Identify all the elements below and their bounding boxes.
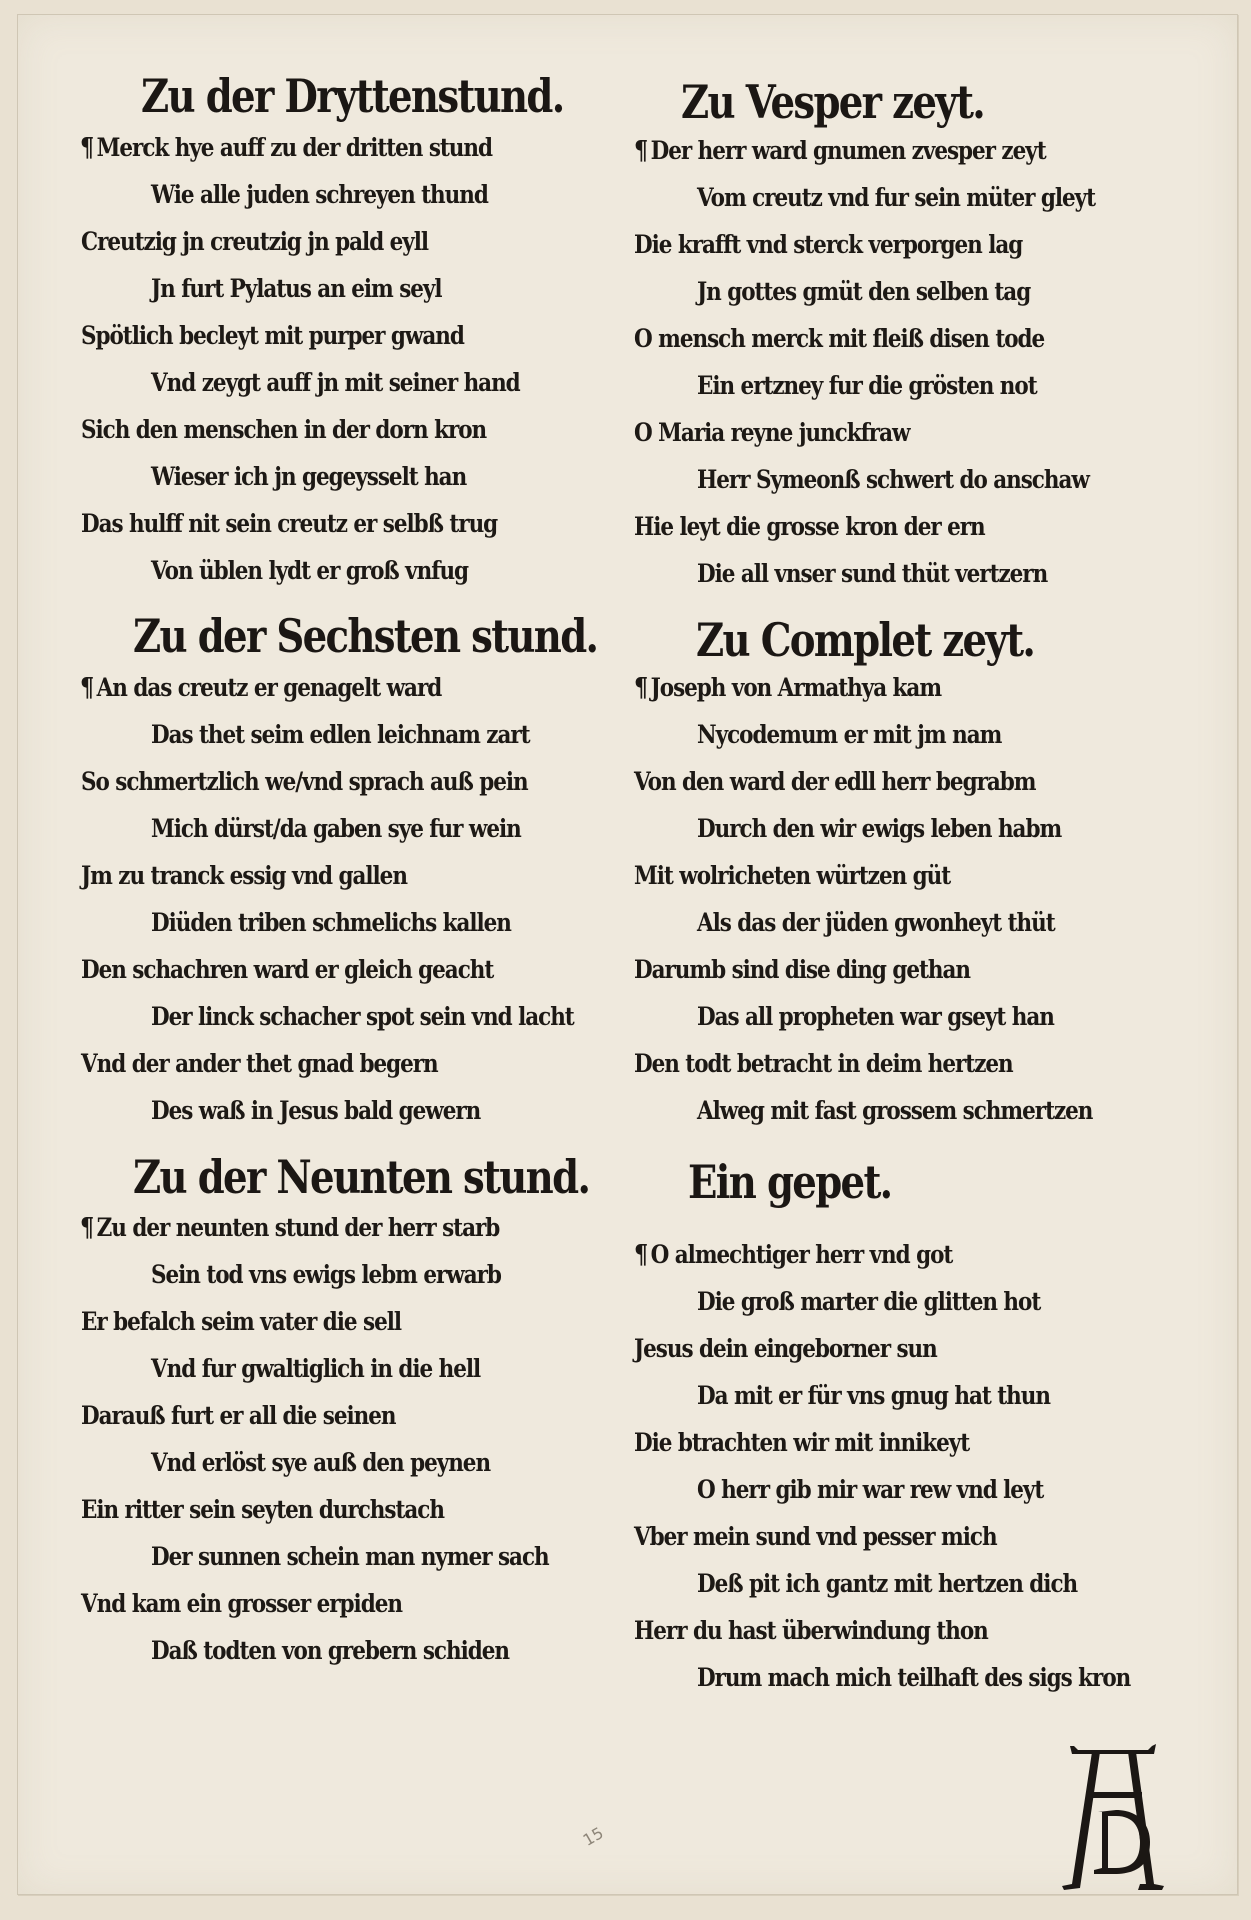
section-heading: Zu der Neunten stund. [133, 1150, 589, 1204]
verse-line: Vber mein sund vnd pesser mich [634, 1522, 997, 1551]
verse-line: Den todt betracht in deim hertzen [634, 1049, 1013, 1078]
section-heading: Zu Vesper zeyt. [681, 75, 984, 129]
verse-line: Hie leyt die grosse kron der ern [634, 512, 985, 541]
verse-line: Drum mach mich teilhaft des sigs kron [697, 1663, 1130, 1692]
verse-line: Das all propheten war gseyt han [697, 1002, 1054, 1031]
section-heading: Ein gepet. [688, 1155, 891, 1209]
verse-line: Die krafft vnd sterck verporgen lag [634, 230, 1022, 259]
verse-line: Von den ward der edll herr begrabm [634, 767, 1035, 796]
verse-line: Mit wolricheten würtzen güt [634, 861, 950, 890]
verse-line: ¶An das creutz er genagelt ward [80, 673, 441, 703]
verse-line: Vom creutz vnd fur sein müter gleyt [697, 183, 1095, 212]
verse-line: Jn furt Pylatus an eim seyl [151, 274, 442, 303]
verse-line: Alweg mit fast grossem schmertzen [697, 1096, 1092, 1125]
verse-line: Da mit er für vns gnug hat thun [697, 1381, 1050, 1410]
verse-line: O mensch merck mit fleiß disen tode [634, 324, 1044, 353]
verse-line: Die btrachten wir mit innikeyt [634, 1428, 969, 1457]
verse-line: Ein ritter sein seyten durchstach [81, 1495, 444, 1524]
verse-line: Mich dürst/da gaben sye fur wein [151, 814, 521, 843]
verse-line: Herr Symeonß schwert do anschaw [697, 465, 1089, 494]
verse-line: Der linck schacher spot sein vnd lacht [151, 1002, 574, 1031]
verse-line: Die groß marter die glitten hot [697, 1287, 1040, 1316]
verse-line: ¶Der herr ward gnumen zvesper zeyt [634, 136, 1046, 166]
pencil-mark: 15 [580, 1823, 607, 1850]
verse-line: Deß pit ich gantz mit hertzen dich [697, 1569, 1077, 1598]
verse-line: Das thet seim edlen leichnam zart [151, 720, 530, 749]
pilcrow-icon: ¶ [634, 673, 647, 703]
verse-line: Sich den menschen in der dorn kron [81, 415, 486, 444]
verse-line: Jn gottes gmüt den selben tag [697, 277, 1030, 306]
verse-line: Herr du hast überwindung thon [634, 1616, 988, 1645]
verse-line: Vnd erlöst sye auß den peynen [151, 1448, 490, 1477]
verse-line: Creutzig jn creutzig jn pald eyll [81, 227, 428, 256]
section-heading: Zu Complet zeyt. [696, 613, 1034, 667]
verse-line: Diüden triben schmelichs kallen [151, 908, 511, 937]
pilcrow-icon: ¶ [80, 673, 93, 703]
verse-line: Darauß furt er all die seinen [81, 1401, 395, 1430]
verse-line: Er befalch seim vater die sell [81, 1307, 401, 1336]
verse-line: Nycodemum er mit jm nam [697, 720, 1001, 749]
verse-line: Von üblen lydt er groß vnfug [151, 556, 468, 585]
verse-line: Spötlich becleyt mit purper gwand [81, 321, 464, 350]
verse-line: Durch den wir ewigs leben habm [697, 814, 1061, 843]
printed-sheet: Zu der Dryttenstund. ¶Merck hye auff zu … [17, 14, 1238, 1895]
verse-line: Jesus dein eingeborner sun [634, 1334, 937, 1363]
verse-line: Der sunnen schein man nymer sach [151, 1542, 549, 1571]
verse-line: Ein ertzney fur die grösten not [697, 371, 1037, 400]
pilcrow-icon: ¶ [80, 1213, 93, 1243]
verse-line: Jm zu tranck essig vnd gallen [81, 861, 407, 890]
verse-line: Als das der jüden gwonheyt thüt [697, 908, 1055, 937]
verse-line: ¶Merck hye auff zu der dritten stund [80, 133, 492, 163]
verse-line: Vnd fur gwaltiglich in die hell [151, 1354, 480, 1383]
verse-line: Vnd zeygt auff jn mit seiner hand [151, 368, 520, 397]
verse-line: ¶O almechtiger herr vnd got [634, 1240, 952, 1270]
verse-line: O herr gib mir war rew vnd leyt [697, 1475, 1043, 1504]
verse-line: Den schachren ward er gleich geacht [81, 955, 493, 984]
verse-line: Vnd kam ein grosser erpiden [81, 1589, 402, 1618]
verse-line: ¶Joseph von Armathya kam [634, 673, 941, 703]
verse-line: ¶Zu der neunten stund der herr starb [80, 1213, 499, 1243]
verse-line: So schmertzlich we/vnd sprach auß pein [81, 767, 528, 796]
verse-line: Das hulff nit sein creutz er selbß trug [81, 509, 497, 538]
section-heading: Zu der Sechsten stund. [133, 609, 597, 663]
verse-line: Vnd der ander thet gnad begern [81, 1049, 438, 1078]
verse-line: Sein tod vns ewigs lebm erwarb [151, 1260, 501, 1289]
verse-line: Die all vnser sund thüt vertzern [697, 559, 1047, 588]
verse-line: Wieser ich jn gegeysselt han [151, 462, 466, 491]
ad-monogram-icon [1058, 1740, 1168, 1900]
pilcrow-icon: ¶ [634, 136, 647, 166]
section-heading: Zu der Dryttenstund. [141, 69, 564, 123]
verse-line: Des waß in Jesus bald gewern [151, 1096, 480, 1125]
pilcrow-icon: ¶ [634, 1240, 647, 1270]
verse-line: O Maria reyne junckfraw [634, 418, 909, 447]
pilcrow-icon: ¶ [80, 133, 93, 163]
verse-line: Daß todten von grebern schiden [151, 1636, 509, 1665]
verse-line: Wie alle juden schreyen thund [151, 180, 488, 209]
verse-line: Darumb sind dise ding gethan [634, 955, 970, 984]
